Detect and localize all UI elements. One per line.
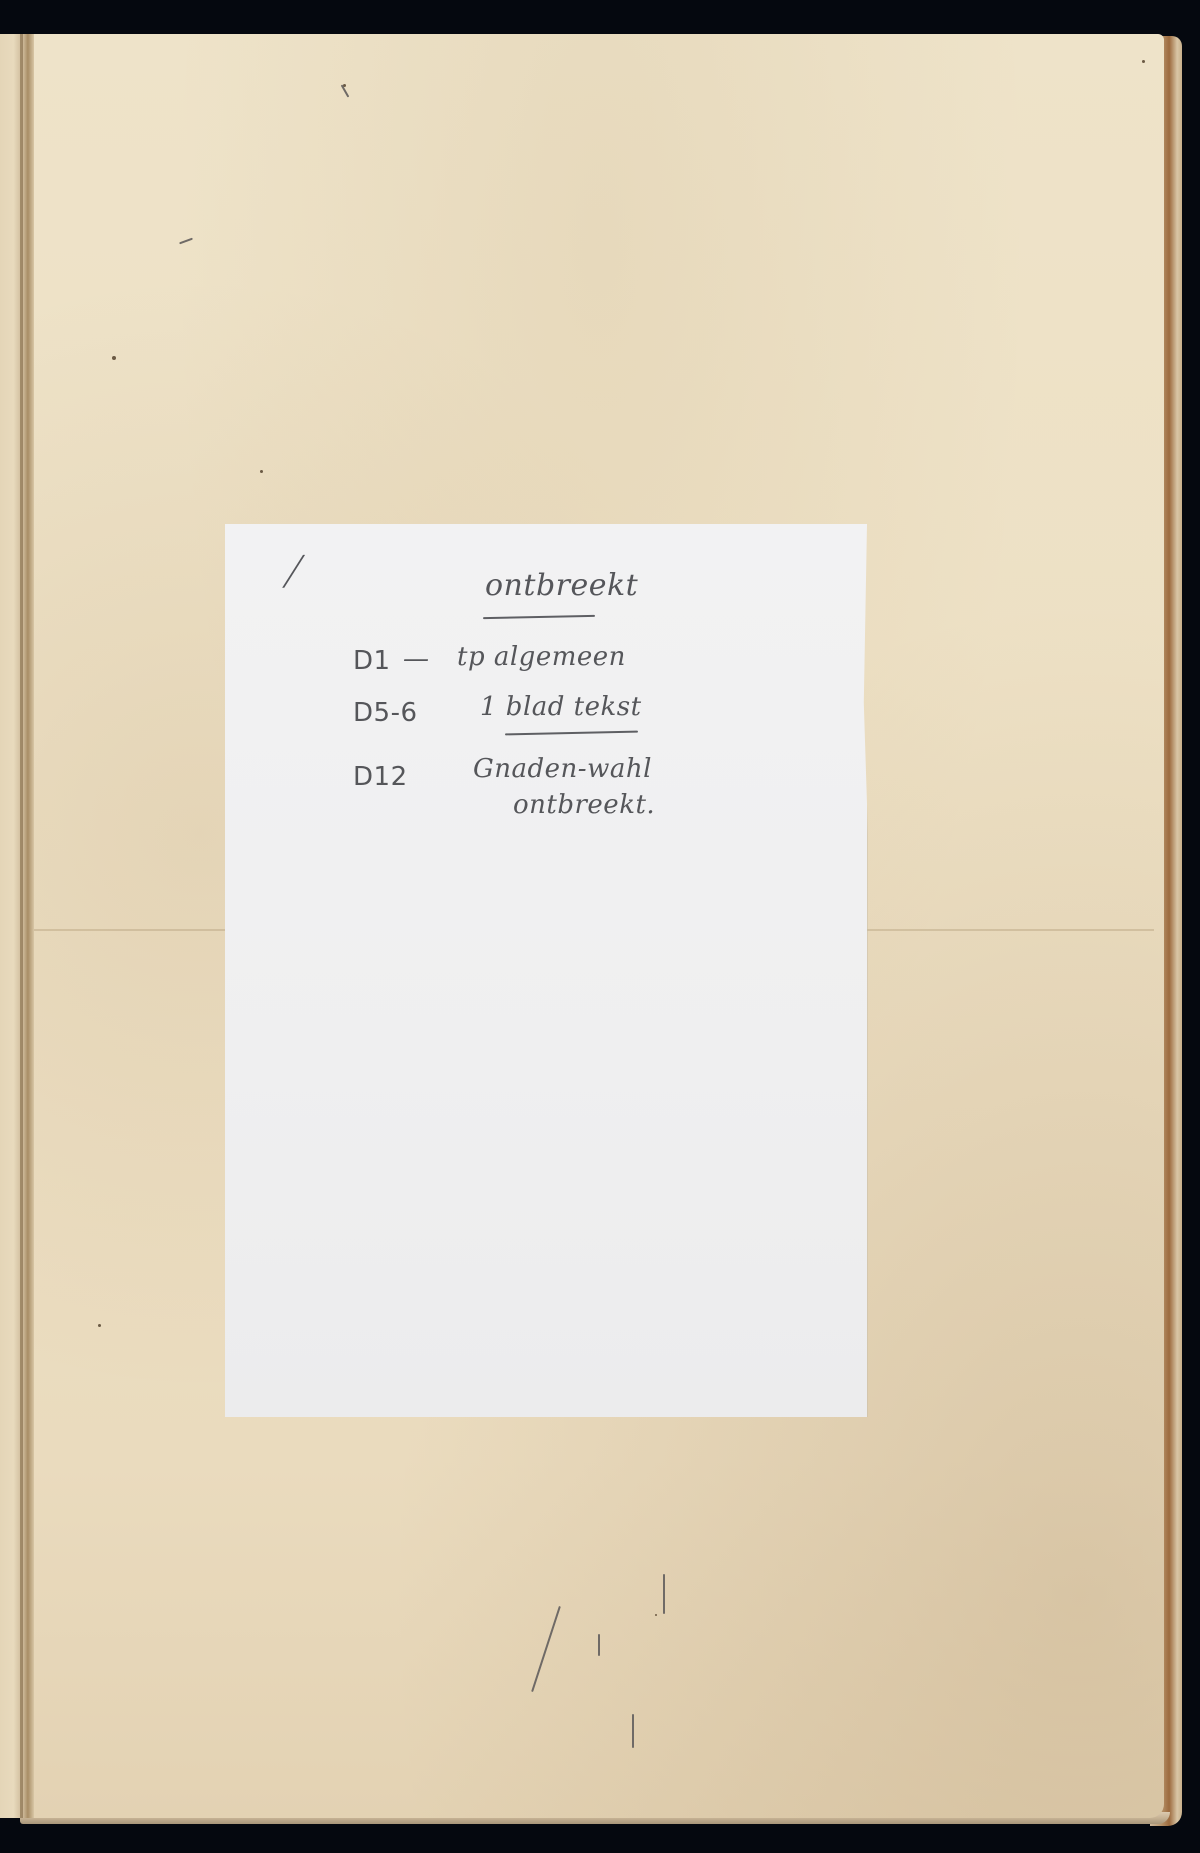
pasted-note-slip: / ontbreekt D1 — tp algemeen D5-6 1 blad… [225,524,867,1417]
entry-underline [505,731,638,736]
pencil-mark [531,1606,561,1692]
foxing-speck [260,470,263,473]
heading-underline [483,615,595,619]
foxing-speck [98,1324,101,1327]
entry-value: tp algemeen [457,642,626,672]
pencil-mark [632,1714,634,1748]
entry-value: Gnaden-wahl [473,754,652,784]
entry-label: D5-6 [353,698,418,728]
foxing-speck [112,356,116,360]
entry-label: D12 [353,762,408,792]
foxing-speck [655,1614,657,1616]
entry-value-line2: ontbreekt. [513,790,655,820]
pencil-mark [598,1634,600,1656]
gutter-fold-line [20,34,23,1818]
book-page: / ontbreekt D1 — tp algemeen D5-6 1 blad… [0,34,1164,1818]
foxing-speck [1142,60,1145,63]
entry-separator: — [403,644,430,674]
pencil-mark [179,238,193,245]
entry-value: 1 blad tekst [480,692,642,722]
note-heading: ontbreekt [485,568,638,603]
note-page-number: / [280,548,309,594]
book-gutter [0,34,34,1818]
entry-label: D1 [353,646,391,676]
pencil-mark [663,1574,665,1614]
scan-canvas: / ontbreekt D1 — tp algemeen D5-6 1 blad… [0,0,1200,1853]
